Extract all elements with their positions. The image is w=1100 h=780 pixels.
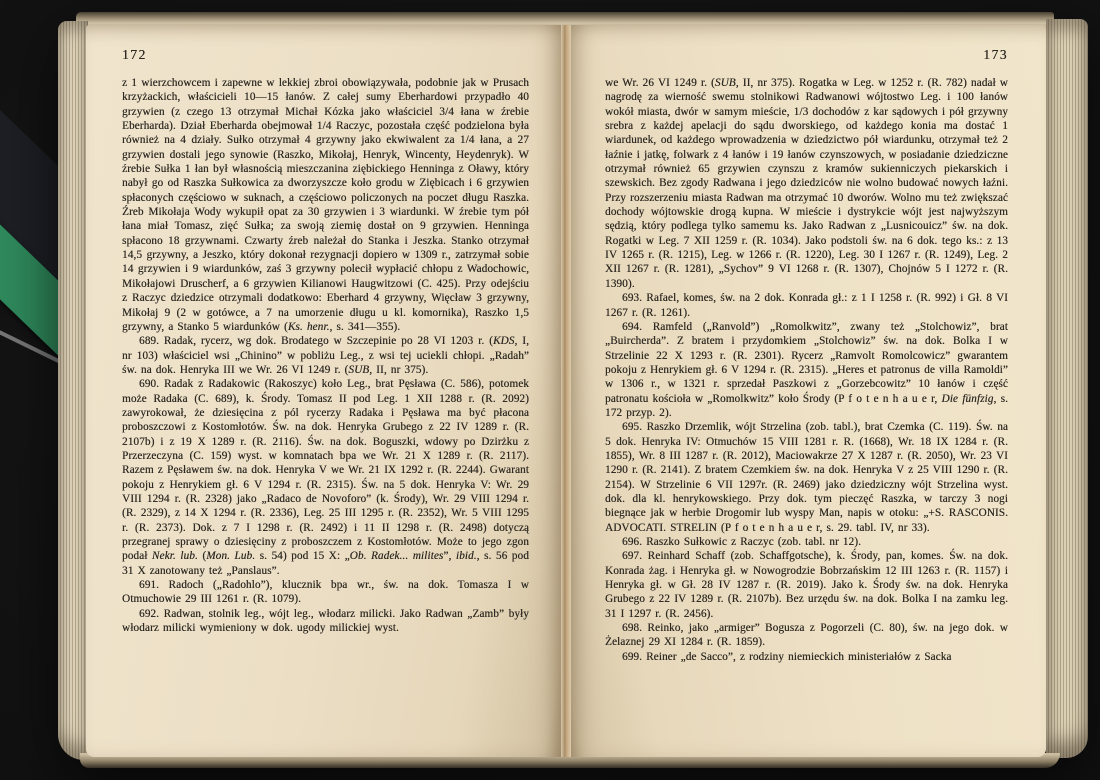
paragraph-continuation: z 1 wierzchowcem i zapewne w lekkiej zbr… (122, 76, 529, 334)
page-173: 173 we Wr. 26 VI 1249 r. (SUB, II, nr 37… (571, 25, 1046, 757)
page-173-content: 173 we Wr. 26 VI 1249 r. (SUB, II, nr 37… (605, 47, 1008, 664)
entry-689: 689. Radak, rycerz, wg dok. Brodatego w … (122, 334, 529, 377)
open-book: 172 z 1 wierzchowcem i zapewne w lekkiej… (58, 12, 1088, 768)
page-number: 172 (122, 47, 529, 63)
entry-694: 694. Ramfeld („Ranvold”) „Romolkwitz”, z… (605, 320, 1008, 420)
entry-690: 690. Radak z Radakowic (Rakoszyc) koło L… (122, 377, 529, 578)
book-left-page-stack (58, 21, 88, 760)
entry-695: 695. Raszko Drzemlik, wójt Strzelina (zo… (605, 420, 1008, 535)
photo-background: 172 z 1 wierzchowcem i zapewne w lekkiej… (0, 0, 1100, 780)
entry-692: 692. Radwan, stolnik leg., wójt leg., wł… (122, 607, 529, 636)
page-number: 173 (605, 47, 1008, 63)
entry-693: 693. Rafael, komes, św. na 2 dok. Konrad… (605, 291, 1008, 320)
entry-691: 691. Radoch („Radohlo”), klucznik bpa wr… (122, 578, 529, 607)
page-172-content: 172 z 1 wierzchowcem i zapewne w lekkiej… (122, 47, 529, 635)
entry-698: 698. Reinko, jako „armiger” Bogusza z Po… (605, 621, 1008, 650)
open-pages: 172 z 1 wierzchowcem i zapewne w lekkiej… (86, 25, 1046, 757)
entry-696: 696. Raszko Sułkowic z Raczyc (zob. tabl… (605, 535, 1008, 549)
entry-699: 699. Reiner „de Sacco”, z rodziny niemie… (605, 650, 1008, 664)
entry-697: 697. Reinhard Schaff (zob. Schaffgotsche… (605, 549, 1008, 621)
page-172: 172 z 1 wierzchowcem i zapewne w lekkiej… (86, 25, 561, 757)
book-right-page-stack (1046, 19, 1088, 758)
book-gutter (561, 25, 571, 757)
paragraph-continuation: we Wr. 26 VI 1249 r. (SUB, II, nr 375). … (605, 76, 1008, 291)
